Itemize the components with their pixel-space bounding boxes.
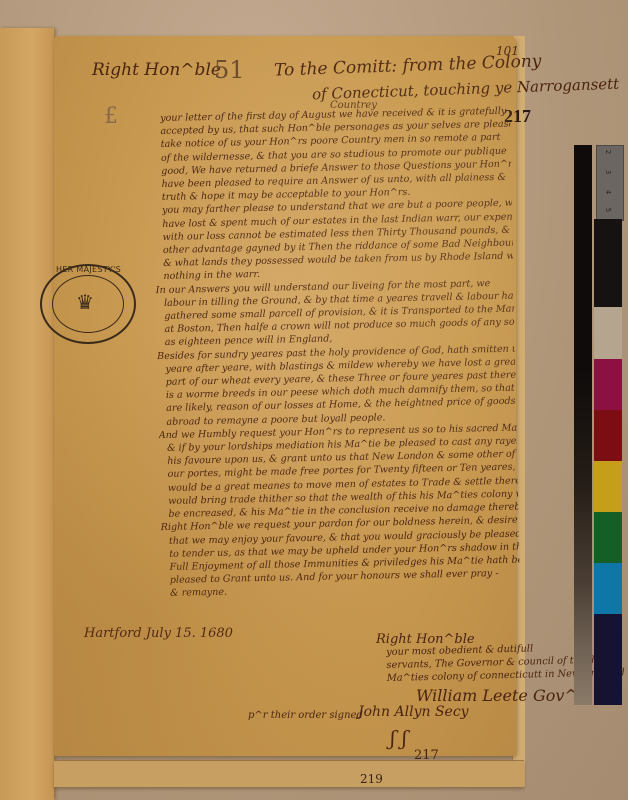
color-patch-green — [594, 512, 622, 563]
color-patch-magenta — [594, 359, 622, 410]
place-and-date: Hartford July 15. 1680 — [84, 626, 233, 641]
ruler-label: 3 — [604, 170, 612, 174]
governor-signature: William Leete Gov^r — [416, 686, 585, 705]
underlying-leaf — [54, 760, 524, 787]
binding-strip — [0, 28, 54, 800]
state-paper-office-stamp: HER MAJESTY'S ♛ — [40, 264, 136, 344]
header-salutation: Right Hon^ble — [92, 60, 221, 80]
ruler-scale: 2 3 4 5 — [596, 145, 624, 221]
ruler-label: 4 — [604, 190, 612, 194]
gray-scale-ramp — [574, 145, 592, 705]
letter-body: your letter of the first day of August w… — [160, 105, 520, 601]
color-patch-cyan — [594, 563, 622, 614]
margin-mark: £ — [104, 104, 118, 129]
secretary-note: p^r their order signed — [248, 710, 363, 721]
signature-flourish: ʃ ʃ — [390, 726, 407, 750]
color-patch-navy — [594, 614, 622, 705]
crown-icon: ♛ — [76, 290, 94, 314]
ruler-label: 5 — [604, 208, 612, 212]
item-number: 51 — [214, 56, 245, 84]
folio-number-top: 101 — [496, 44, 519, 58]
folio-number-bottom: 217 — [414, 748, 439, 763]
ruler-label: 2 — [604, 150, 612, 154]
folio-number-underleaf: 219 — [360, 772, 383, 786]
color-calibration-card: 2 3 4 5 — [574, 145, 620, 705]
color-patch-yellow — [594, 461, 622, 512]
secretary-signature: John Allyn Secy — [358, 704, 469, 720]
stamp-top-text: HER MAJESTY'S — [56, 265, 121, 274]
color-patch-white — [594, 307, 622, 359]
manuscript-page: Right Hon^ble 51 To the Comitt: from the… — [54, 36, 516, 756]
color-patch-black — [594, 219, 622, 307]
color-patch-red — [594, 410, 622, 461]
